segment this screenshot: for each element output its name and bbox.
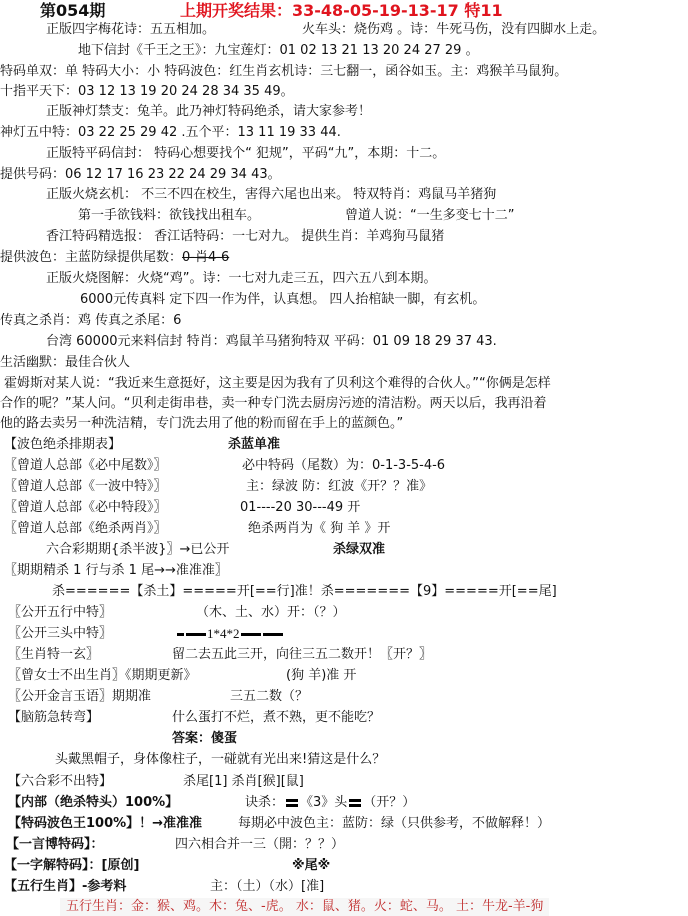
- one-char-label: 【一字解特码】：[原创]: [4, 857, 139, 875]
- first-hand-line: 第一手欲钱料：欲钱找出租车。: [78, 207, 260, 225]
- half-wave-label: 六合彩期期{杀半波}〗→已公开: [46, 541, 229, 559]
- row-segment-label: 〖曾道人总部《必中特段》〗: [4, 499, 167, 517]
- golden-words-label: 〖公开金言玉语〗期期准: [8, 688, 151, 706]
- inner-kill-head-label: 【内部（绝杀特头）100%】: [8, 794, 178, 812]
- bar-decoration: [263, 633, 283, 636]
- wave-color-label: 提供波色：主蓝防绿提供尾数：: [0, 250, 182, 265]
- brain-teaser-question: 什么蛋打不烂，煮不熟，更不能吃？: [172, 709, 380, 727]
- flat-code-envelope-line: 正版特平码信封： 特码心想要找个“ 犯规”，平码“九”，本期：十二。: [46, 145, 445, 163]
- bar-decoration: [241, 633, 261, 636]
- wave-king-value: 每期必中波色主：蓝防：绿（只供参考，不做解释！）: [238, 815, 550, 833]
- fax-material-line: 6000元传真料 定下四一作为伴，认真想。 四人抬棺缺一脚，有玄机。: [80, 291, 485, 309]
- humor-paragraph-3: 他的路去卖另一种洗洁精，专门洗去用了他的粉而留在手上的蓝颜色。”: [0, 415, 403, 433]
- one-word-bet-label: 【一言博特码】：: [6, 836, 104, 854]
- humor-title: 生活幽默：最佳合伙人: [0, 354, 130, 372]
- three-heads-numbers: 1*4*2: [207, 626, 240, 641]
- kill-blue-label: 杀蓝单准: [228, 436, 280, 454]
- kill-earth-line: 杀======【杀土】=====开[==行]准！杀=======【9】=====…: [52, 583, 557, 601]
- ten-fingers-line: 十指平天下：03 12 13 19 20 24 28 34 35 49。: [0, 83, 294, 101]
- kill-prefix: 诀杀：: [245, 795, 284, 810]
- train-head-line: 火车头：烧伤鸡 。诗：牛死马伤，没有四脚水上走。: [302, 21, 605, 39]
- hongkong-report-line: 香江特码精选报： 香江话特码：一七对九。 提供生肖：羊鸡狗马鼠猪: [46, 228, 444, 246]
- row-wave-value: 主：绿波 防：红波《开？？准》: [246, 478, 432, 496]
- lamp-five-line: 神灯五中特：03 22 25 29 42 .五个平：13 11 19 33 44…: [0, 124, 341, 142]
- fax-kill-line: 传真之杀肖：鸡 传真之杀尾：6: [0, 312, 181, 330]
- special-code-line: 特码单双：单 特码大小：小 特码波色：红生肖玄机诗：三七翻一，函谷如玉。主：鸡猴…: [0, 63, 567, 81]
- five-elements-footer: 五行生肖：金：猴、鸡。木：兔、-虎。 水：鼠、猪。火：蛇、马。 土：牛龙-羊-狗: [60, 898, 549, 916]
- issue-number: 第054期: [40, 2, 105, 20]
- five-elements-label: 〖公开五行中特〗: [8, 604, 112, 622]
- fire-diagram-line: 正版火烧图解：火烧“鸡”。诗：一七对九走三五，四六五八到本期。: [46, 270, 436, 288]
- five-elements-value: （木、土、水）开：（？）: [196, 604, 346, 622]
- plum-poem-line: 正版四字梅花诗：五五相加。: [46, 21, 215, 39]
- golden-words-value: 三五二数（？: [230, 688, 308, 706]
- three-heads-label: 〖公开三头中特〗: [8, 625, 112, 643]
- double-bar-icon: [349, 799, 361, 807]
- row-wave-label: 〖曾道人总部《一波中特》〗: [4, 478, 167, 496]
- row-twozodiac-label: 〖曾道人总部《绝杀两肖》〗: [4, 520, 167, 538]
- provided-numbers-line: 提供号码：06 12 17 16 23 22 24 29 34 43。: [0, 166, 281, 184]
- inner-kill-head-value: 诀杀：《3》头（开？）: [245, 794, 415, 812]
- brain-teaser-answer: 答案：傻蛋: [172, 730, 237, 748]
- wave-color-line: 提供波色：主蓝防绿提供尾数：0-肖4-6: [0, 249, 229, 267]
- fire-mystery-line: 正版火烧玄机： 不三不四在校生，害得六尾也出来。 特双特肖：鸡鼠马羊猪狗: [46, 186, 496, 204]
- ms-zeng-label: 〖曾女士不出生肖〗《期期更新》: [8, 667, 197, 685]
- lamp-taboo-line: 正版神灯禁支：兔羊。此乃神灯特码绝杀，请大家参考！: [46, 103, 371, 121]
- tail-numbers-struck: 0-肖4-6: [182, 250, 229, 265]
- row-twozodiac-value: 绝杀两肖为《 狗 羊 》开: [248, 520, 390, 538]
- humor-paragraph-2: 合作的呢？”某人问。“贝利走街串巷，卖一种专门洗去厨房污迹的清洁粉。两天以后，我…: [0, 395, 546, 413]
- row-tail-label: 〖曾道人总部《必中尾数》〗: [4, 457, 167, 475]
- kill-row-tail-line: 〖期期精杀 1 行与杀 1 尾→→准准准〗: [4, 562, 228, 580]
- one-word-bet-value: 四六相合并一三（開：？？）: [175, 836, 344, 854]
- lhc-no-special-value: 杀尾[1] 杀肖[猴][鼠]: [183, 773, 304, 791]
- kill-head-number: 《3》头: [300, 795, 347, 810]
- bar-decoration: [186, 633, 206, 636]
- lhc-no-special-label: 【六合彩不出特】: [8, 773, 112, 791]
- last-draw-result: 上期开奖结果：33-48-05-19-13-17 特11: [180, 2, 503, 20]
- zodiac-mystery-value: 留二去五此三开，向往三五二数开！〖开？〗: [172, 646, 432, 664]
- riddle-line: 头戴黑帽子，身体像柱子，一碰就有光出来!猜这是什么？: [55, 751, 385, 769]
- row-tail-value: 必中特码（尾数）为：0-1-3-5-4-6: [242, 457, 445, 475]
- kill-open: （开？）: [363, 795, 415, 810]
- ms-zeng-value: (狗 羊)准 开: [286, 667, 356, 685]
- double-bar-icon: [286, 799, 298, 807]
- wave-king-label: 【特码波色王100%】！→准准准: [8, 815, 202, 833]
- zeng-daoren-says-line: 曾道人说：“一生多变七十二”: [345, 207, 514, 225]
- zodiac-mystery-label: 〖生肖特一玄〗: [8, 646, 99, 664]
- bar-decoration: [177, 633, 184, 636]
- underground-envelope-line: 地下信封《千王之王》：九宝莲灯：01 02 13 21 13 20 24 27 …: [78, 42, 479, 60]
- kill-green-label: 杀绿双准: [333, 541, 385, 559]
- humor-paragraph-1: 霍姆斯对某人说：“我近来生意挺好，这主要是因为我有了贝利这个难得的合伙人。”“你…: [4, 375, 551, 393]
- row-segment-value: 01----20 30---49 开: [240, 499, 360, 517]
- five-elements-zodiac-label: 【五行生肖】-参考料: [4, 878, 126, 896]
- kill-schedule-title: 【波色绝杀排期表】: [4, 436, 121, 454]
- brain-teaser-label: 【脑筋急转弯】: [8, 709, 99, 727]
- one-char-value: ※尾※: [292, 857, 330, 875]
- five-elements-zodiac-value: 主：（土）（水）[准]: [210, 878, 324, 896]
- three-heads-value: 1*4*2: [176, 625, 284, 644]
- taiwan-envelope-line: 台湾 60000元来料信封 特肖：鸡鼠羊马猪狗特双 平码：01 09 18 29…: [46, 333, 497, 351]
